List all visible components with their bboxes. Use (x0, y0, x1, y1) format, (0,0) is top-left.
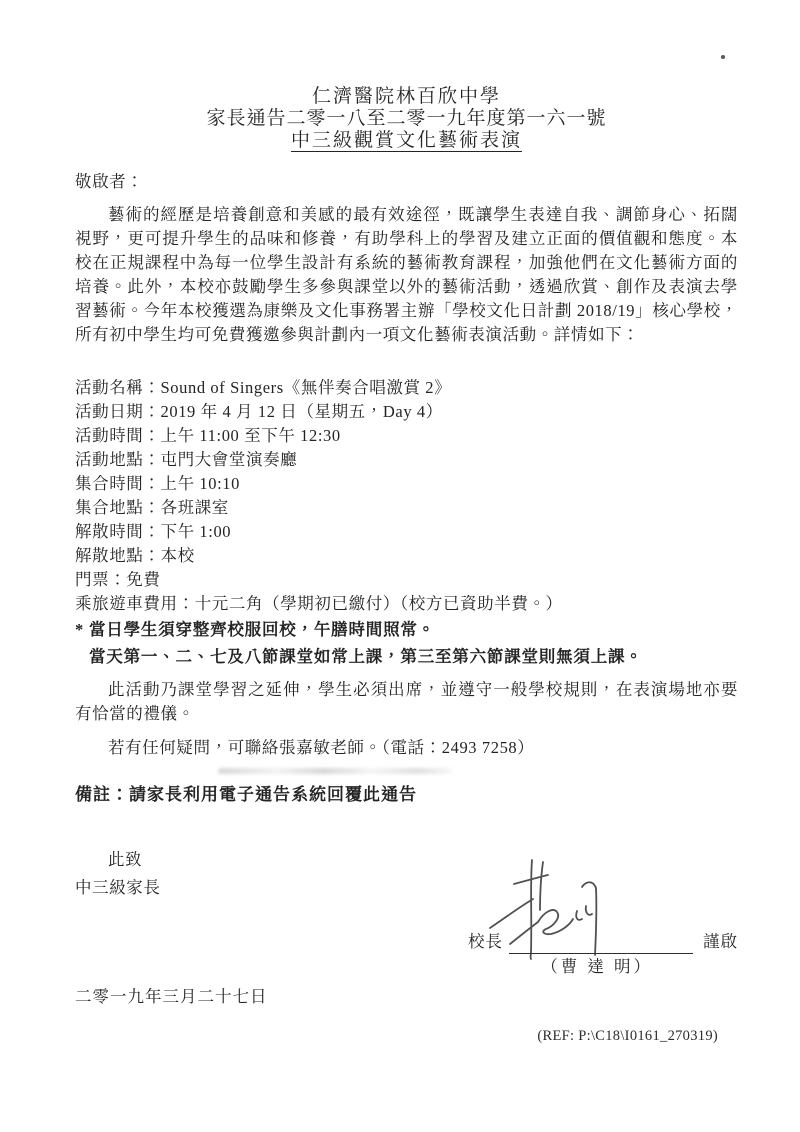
note-dress-code: * 當日學生須穿整齊校服回校，午膳時間照常。 (75, 616, 738, 643)
principal-signature (480, 854, 632, 962)
school-name: 仁濟醫院林百欣中學 (75, 86, 738, 108)
event-details-list: 活動名稱：Sound of Singers《無伴奏合唱激賞 2》 活動日期：20… (75, 376, 738, 616)
detail-row-event-name: 活動名稱：Sound of Singers《無伴奏合唱激賞 2》 (75, 376, 738, 400)
detail-row-event-date: 活動日期：2019 年 4 月 12 日（星期五，Day 4） (75, 400, 738, 424)
respectfully-label: 謹啟 (703, 930, 738, 954)
remark-line: 備註：請家長利用電子通告系統回覆此通告 (75, 783, 738, 807)
detail-row-event-venue: 活動地點：屯門大會堂演奏廳 (75, 448, 738, 472)
notice-number: 家長通告二零一八至二零一九年度第一六一號 (75, 108, 738, 130)
notice-title-row: 中三級觀賞文化藝術表演 (75, 130, 738, 152)
scan-speck-artifact (721, 55, 725, 59)
date-line: 二零一九年三月二十七日 (75, 985, 738, 1009)
detail-row-event-time: 活動時間：上午 11:00 至下午 12:30 (75, 424, 738, 448)
detail-row-dismissal-place: 解散地點：本校 (75, 544, 738, 568)
notice-title: 中三級觀賞文化藝術表演 (291, 130, 522, 152)
signature-block: 校長 謹啟 （曹 達 明） (75, 930, 738, 978)
scanned-notice-page: 仁濟醫院林百欣中學 家長通告二零一八至二零一九年度第一六一號 中三級觀賞文化藝術… (0, 0, 800, 1132)
detail-row-assembly-time: 集合時間：上午 10:10 (75, 472, 738, 496)
contact-line: 若有任何疑問，可聯絡張嘉敏老師。（電話：2493 7258） (75, 736, 738, 760)
scan-smudge-artifact (218, 768, 453, 774)
signature-row: 校長 謹啟 (75, 930, 738, 954)
salutation: 敬啟者： (75, 170, 738, 194)
detail-row-dismissal-time: 解散時間：下午 1:00 (75, 520, 738, 544)
ref-note: (REF: P:\C18\I0161_270319) (75, 1026, 738, 1046)
note-lessons: 當天第一、二、七及八節課堂如常上課，第三至第六節課堂則無須上課。 (75, 643, 738, 670)
intro-paragraph: 藝術的經歷是培養創意和美感的最有效途徑，既讓學生表達自我、調節身心、拓闊視野，更… (75, 203, 738, 347)
closing-to: 此致 (75, 848, 738, 872)
detail-row-coach-fee: 乘旅遊車費用：十元二角（學期初已繳付）（校方已資助半費。） (75, 592, 738, 616)
discipline-paragraph: 此活動乃課堂學習之延伸，學生必須出席，並遵守一般學校規則，在表演場地亦要有恰當的… (75, 678, 738, 726)
closing-recipient: 中三級家長 (75, 876, 738, 900)
detail-row-assembly-place: 集合地點：各班課室 (75, 496, 738, 520)
detail-row-ticket: 門票：免費 (75, 568, 738, 592)
